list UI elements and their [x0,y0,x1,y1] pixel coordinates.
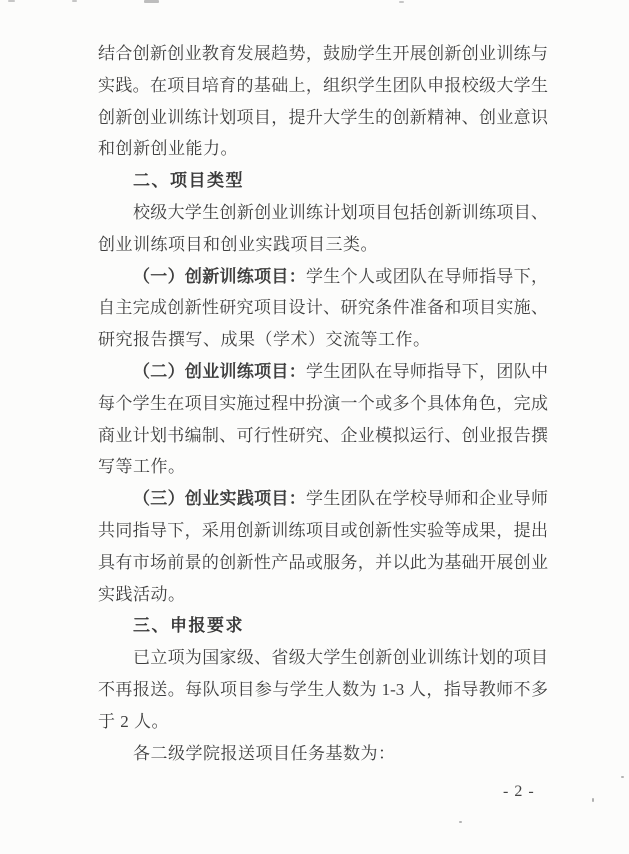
text-run: 二、项目类型 [133,171,244,190]
text-line: 已立项为国家级、省级大学生创新创业训练计划的项目 [98,642,548,674]
text-run: 创新创业训练计划项目，提升大学生的创新精神、创业意识 [98,108,548,127]
text-run: 每个学生在项目实施过程中扮演一个或多个具体角色，完成 [98,394,548,413]
scan-artifact [72,0,77,2]
section-heading: 三、申报要求 [98,610,548,642]
page-number: - 2 - [503,783,535,801]
section-heading: 二、项目类型 [98,165,548,197]
text-line: 具有市场前景的创新性产品或服务，并以此为基础开展创业 [98,547,548,579]
text-line: 创新创业训练计划项目，提升大学生的创新精神、创业意识 [98,102,548,134]
scan-artifact [621,776,624,778]
scan-artifact [459,821,462,823]
document-body: 结合创新创业教育发展趋势，鼓励学生开展创新创业训练与实践。在项目培育的基础上，组… [98,38,548,769]
bold-run: （一）创新训练项目： [133,267,306,286]
text-line: 不再报送。每队项目参与学生人数为 1-3 人，指导教师不多 [98,674,548,706]
text-line: 写等工作。 [98,451,548,483]
text-run: 学生个人或团队在导师指导下， [306,267,548,286]
text-line: 每个学生在项目实施过程中扮演一个或多个具体角色，完成 [98,388,548,420]
text-line: （三）创业实践项目：学生团队在学校导师和企业导师 [98,483,548,515]
text-run: 自主完成创新性研究项目设计、研究条件准备和项目实施、 [98,298,548,317]
text-line: 创业训练项目和创业实践项目三类。 [98,229,548,261]
text-line: 共同指导下，采用创新训练项目或创新性实验等成果，提出 [98,515,548,547]
scan-artifact [144,0,159,3]
text-line: 各二级学院报送项目任务基数为： [98,738,548,770]
text-run: 创业训练项目和创业实践项目三类。 [98,235,378,254]
text-line: （一）创新训练项目：学生个人或团队在导师指导下， [98,261,548,293]
text-run: 三、申报要求 [133,616,244,635]
text-run: 写等工作。 [98,457,186,476]
text-line: 于 2 人。 [98,706,548,738]
text-line: 和创新创业能力。 [98,133,548,165]
scan-artifact [592,798,594,802]
text-run: 已立项为国家级、省级大学生创新创业训练计划的项目 [133,648,548,667]
text-run: 和创新创业能力。 [98,139,238,158]
text-line: 校级大学生创新创业训练计划项目包括创新训练项目、 [98,197,548,229]
text-line: 商业计划书编制、可行性研究、企业模拟运行、创业报告撰 [98,420,548,452]
text-run: 共同指导下，采用创新训练项目或创新性实验等成果，提出 [98,521,548,540]
text-line: 实践。在项目培育的基础上，组织学生团队申报校级大学生 [98,70,548,102]
bold-run: （二）创业训练项目： [133,362,306,381]
text-line: （二）创业训练项目：学生团队在导师指导下，团队中 [98,356,548,388]
scanned-document-page: 结合创新创业教育发展趋势，鼓励学生开展创新创业训练与实践。在项目培育的基础上，组… [0,0,629,854]
text-line: 结合创新创业教育发展趋势，鼓励学生开展创新创业训练与 [98,38,548,70]
text-run: 商业计划书编制、可行性研究、企业模拟运行、创业报告撰 [98,426,548,445]
text-run: 于 2 人。 [98,712,169,731]
scan-artifact [399,1,404,3]
text-run: 研究报告撰写、成果（学术）交流等工作。 [98,330,431,349]
text-line: 自主完成创新性研究项目设计、研究条件准备和项目实施、 [98,292,548,324]
bold-run: （三）创业实践项目： [133,489,306,508]
text-run: 学生团队在学校导师和企业导师 [306,489,548,508]
text-run: 实践。在项目培育的基础上，组织学生团队申报校级大学生 [98,76,548,95]
text-run: 实践活动。 [98,585,186,604]
scan-artifact [8,0,15,2]
text-run: 校级大学生创新创业训练计划项目包括创新训练项目、 [133,203,548,222]
text-run: 结合创新创业教育发展趋势，鼓励学生开展创新创业训练与 [98,44,548,63]
text-line: 研究报告撰写、成果（学术）交流等工作。 [98,324,548,356]
text-run: 各二级学院报送项目任务基数为： [133,744,396,763]
text-run: 具有市场前景的创新性产品或服务，并以此为基础开展创业 [98,553,548,572]
text-line: 实践活动。 [98,579,548,611]
text-run: 学生团队在导师指导下，团队中 [306,362,548,381]
text-run: 不再报送。每队项目参与学生人数为 1-3 人，指导教师不多 [98,680,548,699]
